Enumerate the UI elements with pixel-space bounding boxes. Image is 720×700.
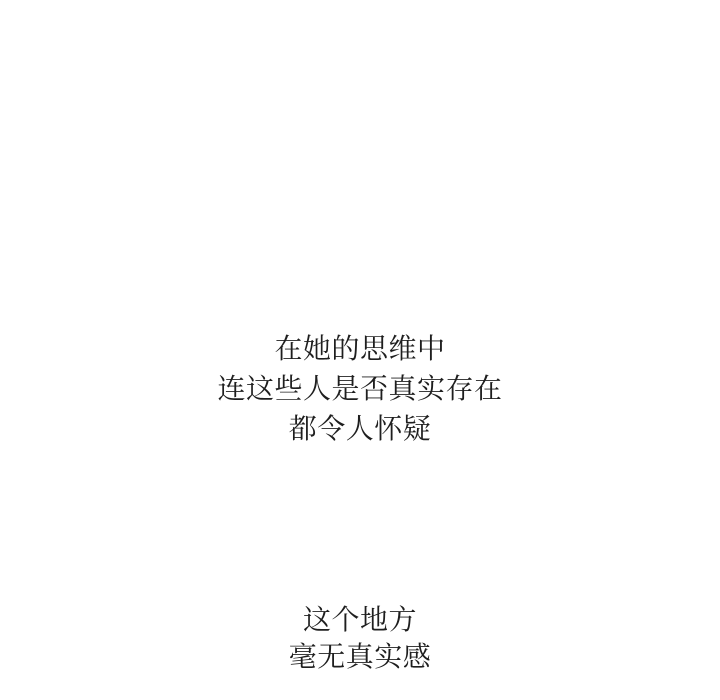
narration-line: 这个地方 — [0, 601, 720, 638]
narration-line: 连这些人是否真实存在 — [0, 369, 720, 409]
narration-block-middle: 在她的思维中 连这些人是否真实存在 都令人怀疑 — [0, 329, 720, 449]
narration-line: 毫无真实感 — [0, 638, 720, 675]
comic-panel: 在她的思维中 连这些人是否真实存在 都令人怀疑 这个地方 毫无真实感 — [0, 0, 720, 700]
narration-line: 在她的思维中 — [0, 329, 720, 369]
narration-line: 都令人怀疑 — [0, 409, 720, 449]
narration-block-bottom: 这个地方 毫无真实感 — [0, 601, 720, 675]
